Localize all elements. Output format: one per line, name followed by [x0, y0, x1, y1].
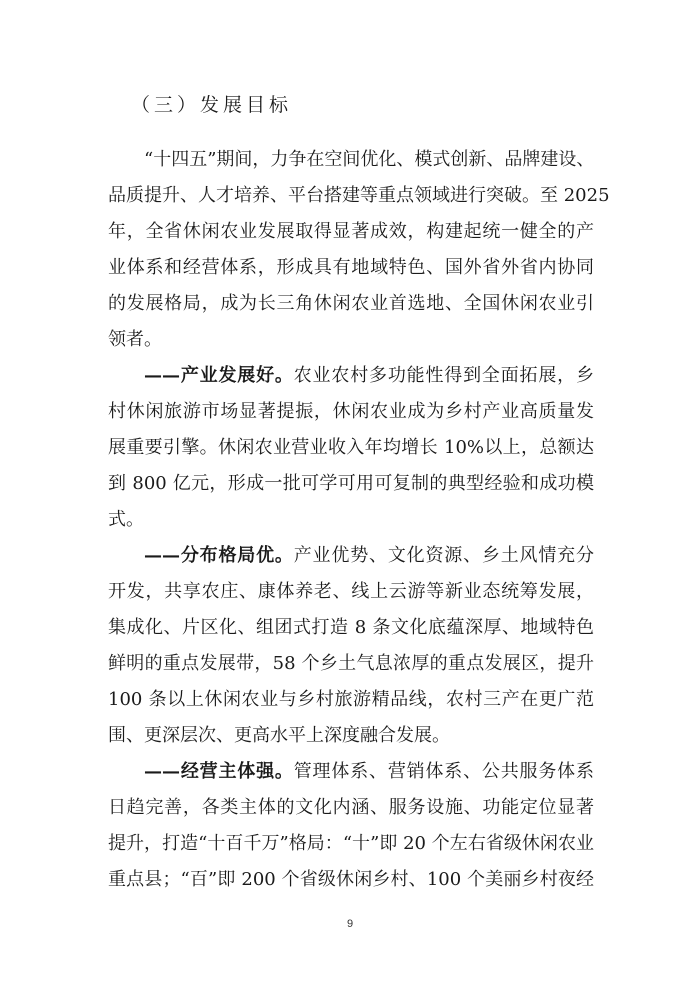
section-heading: （三）发展目标	[131, 90, 292, 117]
paragraph-1-line-6: 领者。	[108, 328, 594, 352]
paragraph-2-lead: ——产业发展好。	[144, 365, 294, 386]
paragraph-4-line-3: 提升，打造“十百千万”格局：“十”即 20 个左右省级休闲农业	[108, 832, 594, 856]
paragraph-1-line-3: 年，全省休闲农业发展取得显著成效，构建起统一健全的产	[108, 220, 594, 244]
paragraph-3-line-3: 集成化、片区化、组团式打造 8 条文化底蕴深厚、地域特色	[108, 616, 594, 640]
paragraph-2-line-3: 展重要引擎。休闲农业营业收入年均增长 10%以上，总额达	[108, 436, 594, 460]
paragraph-2-line-1: ——产业发展好。农业农村多功能性得到全面拓展，乡	[144, 364, 594, 388]
paragraph-4-line-2: 日趋完善，各类主体的文化内涵、服务设施、功能定位显著	[108, 796, 594, 820]
paragraph-1-line-4: 业体系和经营体系，形成具有地域特色、国外省外省内协同	[108, 256, 594, 280]
paragraph-3-line-1-text: 产业优势、文化资源、乡土风情充分	[294, 545, 594, 566]
paragraph-3-line-4: 鲜明的重点发展带，58 个乡土气息浓厚的重点发展区，提升	[108, 652, 594, 676]
paragraph-1-line-1: “十四五”期间，力争在空间优化、模式创新、品牌建设、	[144, 148, 594, 172]
paragraph-2-line-4: 到 800 亿元，形成一批可学可用可复制的典型经验和成功模	[108, 472, 594, 496]
paragraph-4-line-1-text: 管理体系、营销体系、公共服务体系	[294, 761, 594, 782]
paragraph-4-lead: ——经营主体强。	[144, 761, 294, 782]
paragraph-3-line-2: 开发，共享农庄、康体养老、线上云游等新业态统筹发展，	[108, 580, 594, 604]
paragraph-1-line-5: 的发展格局，成为长三角休闲农业首选地、全国休闲农业引	[108, 292, 594, 316]
paragraph-3-line-6: 围、更深层次、更高水平上深度融合发展。	[108, 724, 594, 748]
paragraph-2-line-2: 村休闲旅游市场显著提振，休闲农业成为乡村产业高质量发	[108, 400, 594, 424]
paragraph-3-line-5: 100 条以上休闲农业与乡村旅游精品线，农村三产在更广范	[108, 688, 594, 712]
paragraph-3-line-1: ——分布格局优。产业优势、文化资源、乡土风情充分	[144, 544, 594, 568]
page-number: 9	[0, 918, 700, 930]
paragraph-3-lead: ——分布格局优。	[144, 545, 294, 566]
document-page: （三）发展目标 “十四五”期间，力争在空间优化、模式创新、品牌建设、 品质提升、…	[0, 0, 700, 990]
paragraph-2-line-1-text: 农业农村多功能性得到全面拓展，乡	[294, 365, 594, 386]
paragraph-2-line-5: 式。	[108, 508, 594, 532]
paragraph-4-line-1: ——经营主体强。管理体系、营销体系、公共服务体系	[144, 760, 594, 784]
paragraph-1-line-2: 品质提升、人才培养、平台搭建等重点领域进行突破。至 2025	[108, 184, 594, 208]
paragraph-4-line-4: 重点县；“百”即 200 个省级休闲乡村、100 个美丽乡村夜经	[108, 868, 594, 892]
